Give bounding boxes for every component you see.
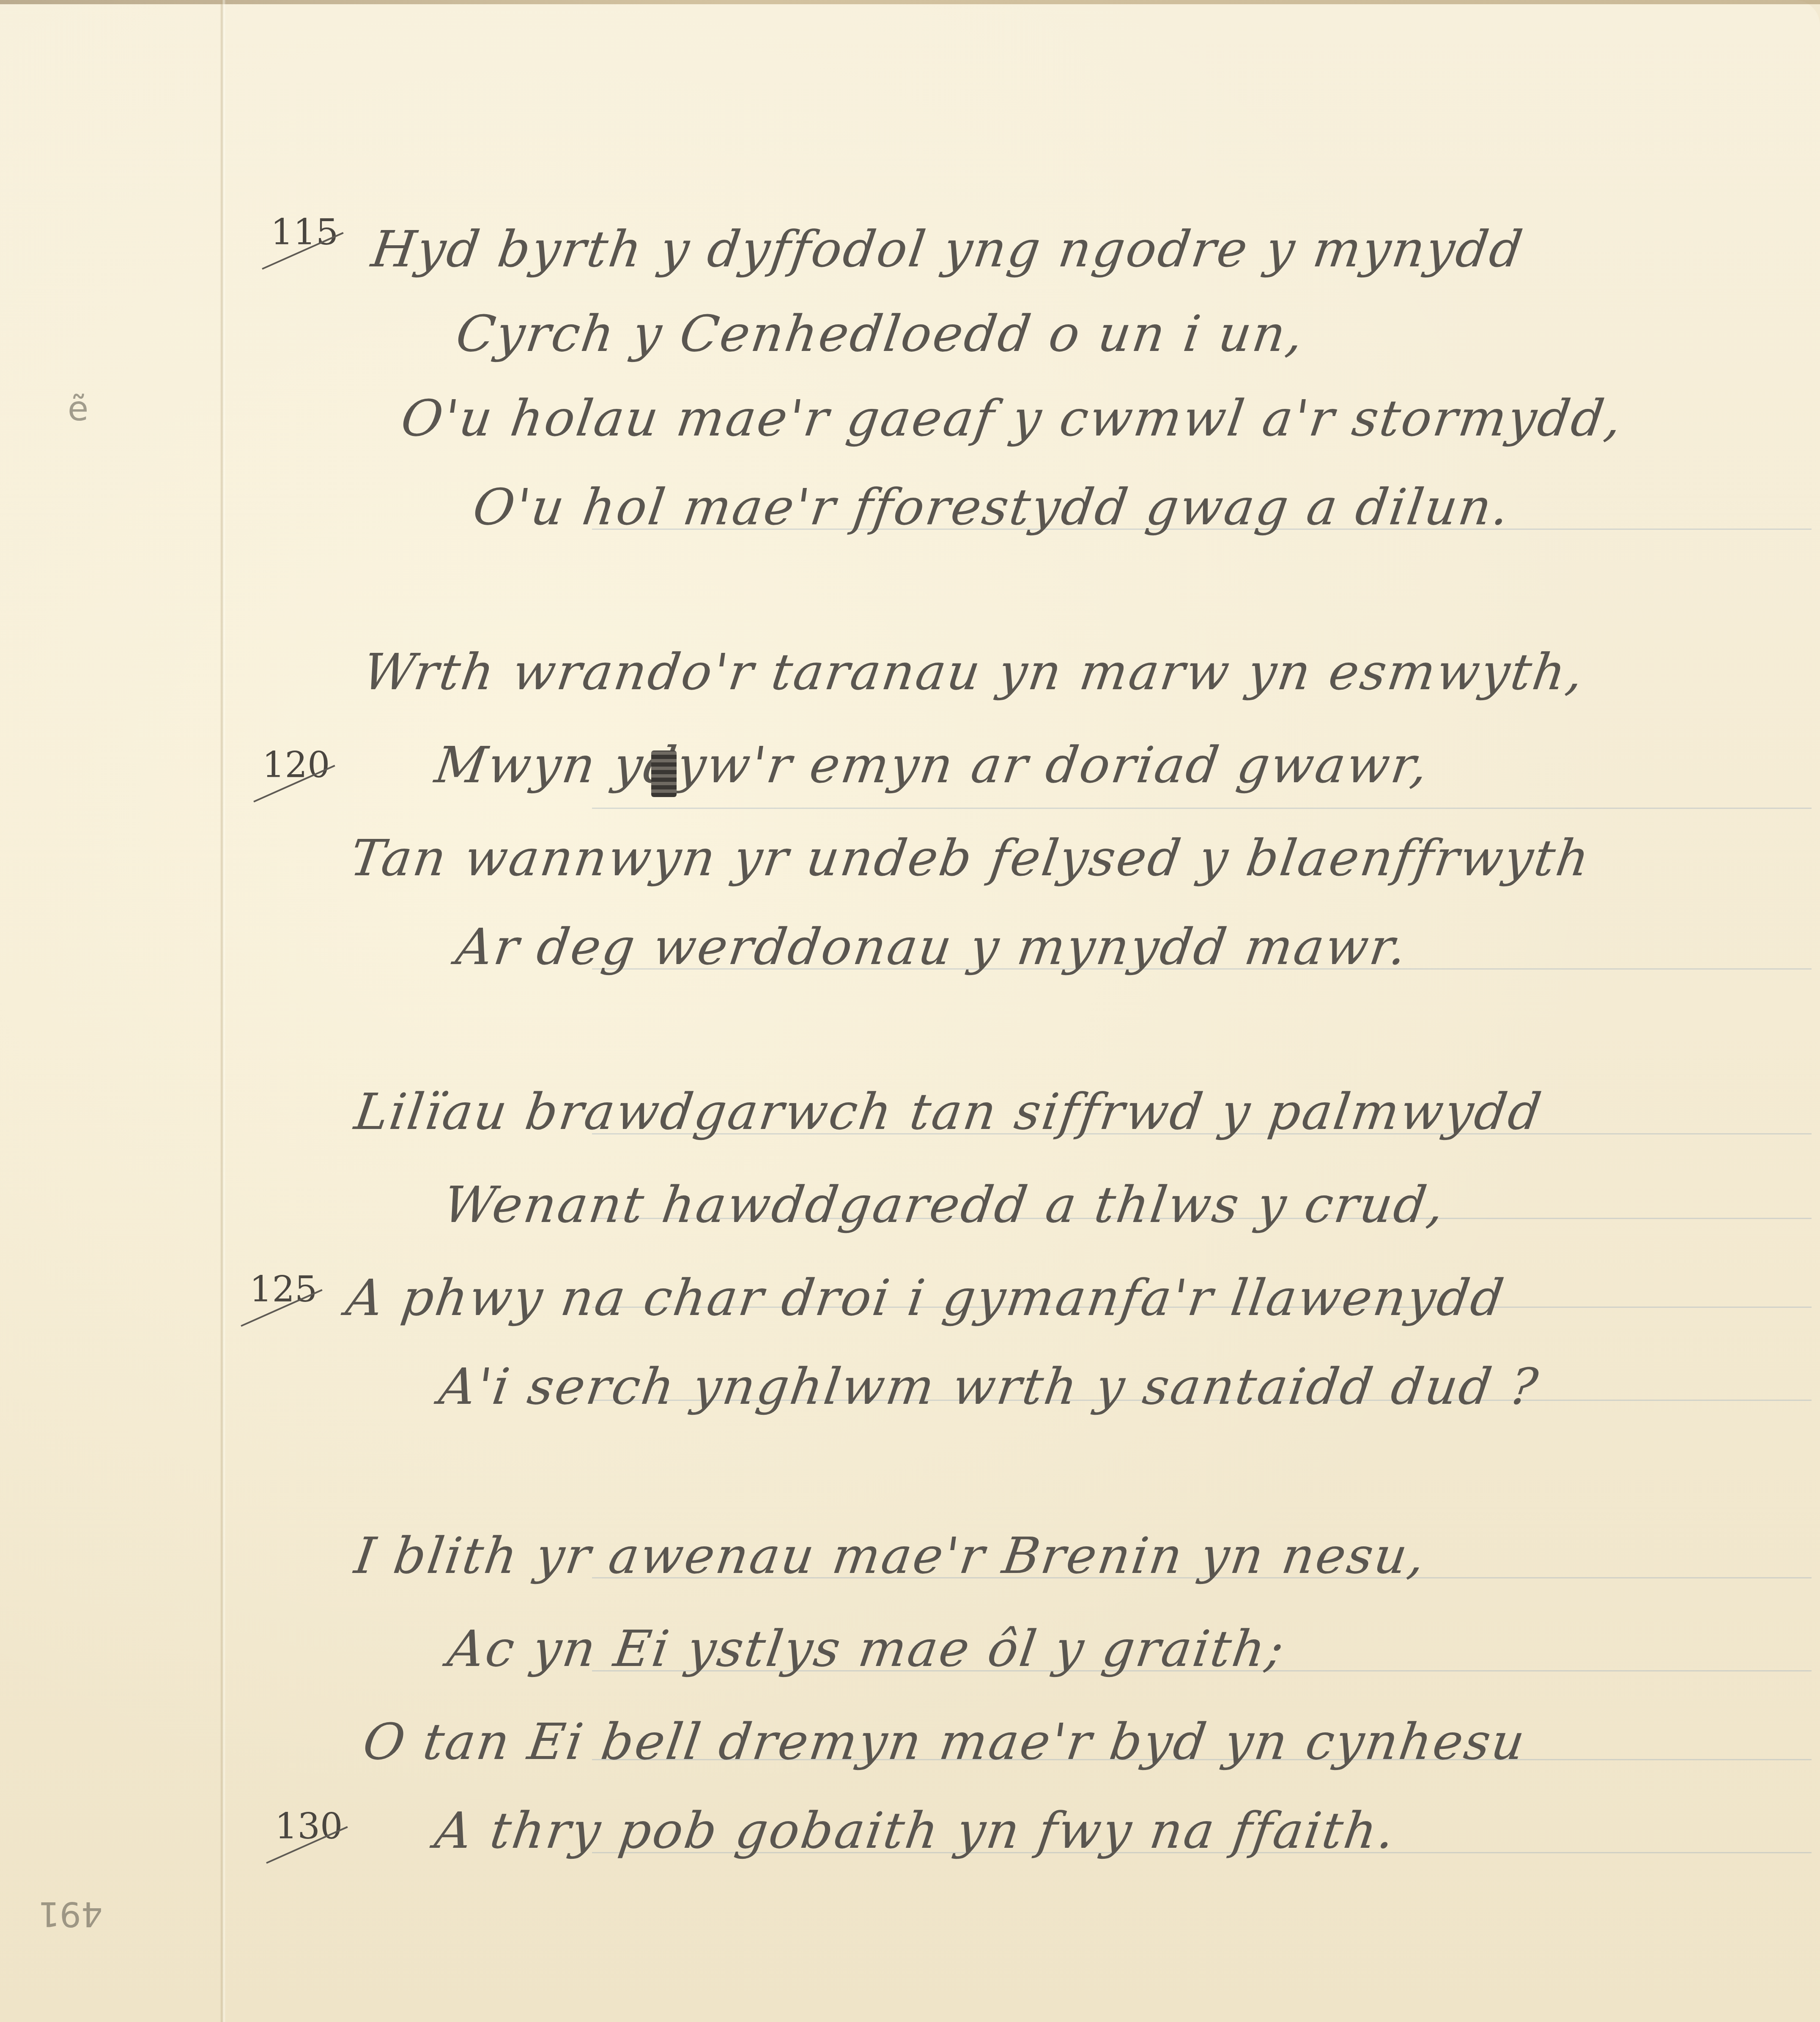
verse-line: Wrth wrando'r taranau yn marw yn esmwyth… [359,643,1588,701]
paper-top-edge [0,0,1820,4]
verse-line: Ac yn Ei ystlys mae ôl y graith; [444,1619,1289,1678]
verse-line: O'u holau mae'r gaeaf y cwmwl a'r stormy… [397,389,1627,447]
verse-line: Lilïau brawdgarwch tan siffrwd y palmwyd… [351,1082,1546,1141]
struck-out-blot [651,751,677,797]
verse-line: O tan Ei bell dremyn mae'r byd yn cynhes… [359,1712,1529,1771]
ruled-line [592,808,1812,809]
verse-line: I blith yr awenau mae'r Brenin yn nesu, [351,1526,1430,1585]
verse-line: Cyrch y Cenhedloedd o un i un, [452,304,1308,363]
verse-line: A thry pob gobaith yn fwy na ffaith. [431,1801,1400,1860]
line-number-125: 125 [249,1269,317,1310]
verse-line: O'u hol mae'r fforestydd gwag a dilun. [469,478,1514,536]
verse-line: Hyd byrth y dyffodol yng ngodre y mynydd [368,220,1527,278]
verse-line: Wenant hawddgaredd a thlws y crud, [440,1175,1449,1234]
line-number-130: 130 [275,1806,343,1847]
verse-line: Mwyn ydyw'r emyn ar doriad gwawr, [431,736,1433,794]
verse-line: A'i serch ynghlwm wrth y santaidd dud ? [436,1357,1543,1416]
line-number-115: 115 [271,211,338,253]
verse-line: Ar deg werddonau y mynydd mawr. [452,918,1412,976]
verse-line: Tan wannwyn yr undeb felysed y blaenffrw… [347,829,1594,887]
bleed-through-mark-bottom: 491 [38,1894,103,1934]
verse-line: A phwy na char droi i gymanfa'r llawenyd… [343,1269,1509,1327]
manuscript-page: ẽ 491 115 Hyd byrth y dyffodol yng ngodr… [0,0,1820,2022]
bleed-through-mark-top: ẽ [68,389,88,428]
page-fold-crease [220,0,226,2022]
line-number-120: 120 [262,744,330,786]
